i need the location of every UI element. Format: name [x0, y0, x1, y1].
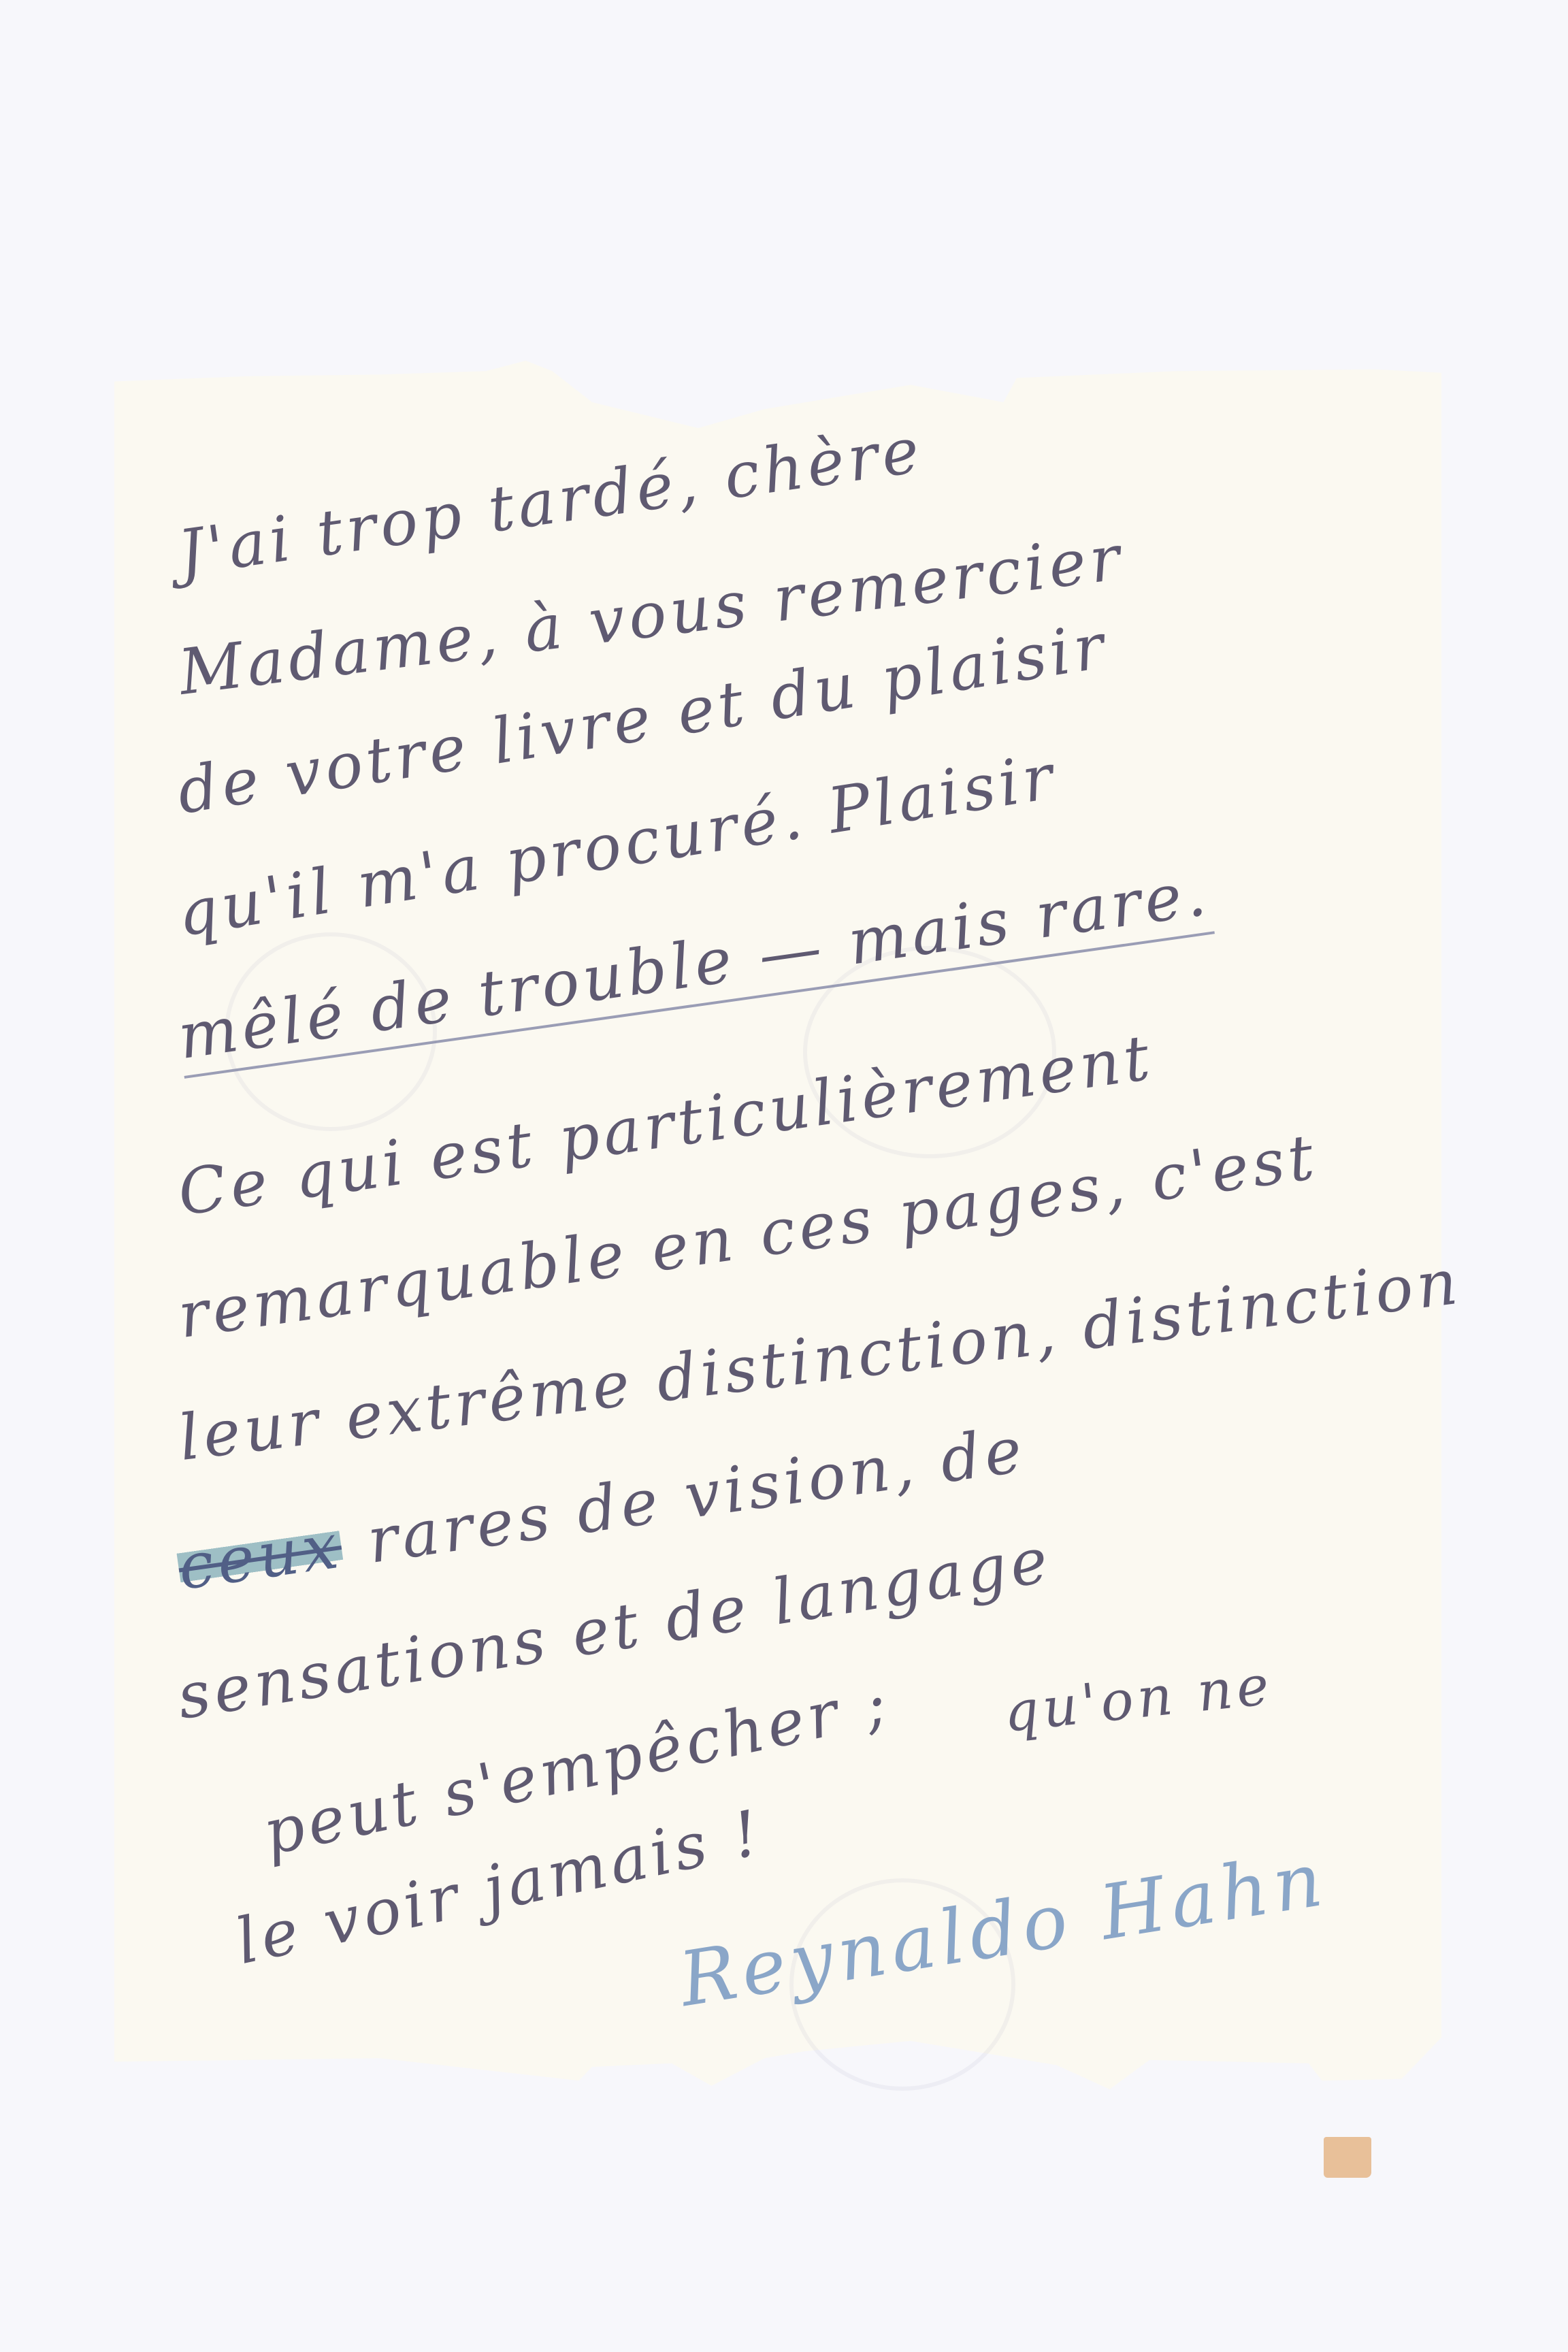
paper-stain [1324, 2137, 1371, 2178]
